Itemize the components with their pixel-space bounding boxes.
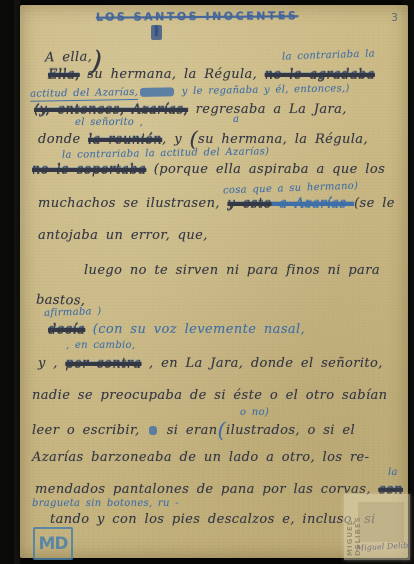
handwriting-segment: nadie se preocupaba de si éste o el otro…: [32, 388, 387, 403]
handwriting-segment: (se le: [354, 196, 395, 211]
handwriting-segment: y le regañaba y él, entonces,): [176, 83, 350, 97]
manuscript-line: no le soportaba (porque ella aspiraba a …: [32, 162, 385, 177]
handwriting-segment: decía: [48, 322, 85, 337]
manuscript-line: o no): [240, 407, 269, 418]
handwriting-segment: por contra: [65, 356, 141, 371]
handwriting-segment: bragueta sin botones, ru -: [32, 498, 179, 509]
handwriting-segment: a Azarías: [272, 196, 354, 211]
handwriting-segment: la contrariaba la actitud del Azarías): [62, 146, 269, 161]
archive-watermark: MIGUEL DELIBES Miguel Delibes: [344, 494, 410, 560]
handwriting-segment: , y: [162, 132, 189, 147]
ink-blot: [149, 426, 157, 435]
handwriting-segment: la reunión: [88, 132, 162, 147]
handwriting-segment: su hermana, la Régula,: [198, 132, 368, 147]
handwriting-segment: regresaba a La Jara,: [188, 102, 347, 117]
handwriting-segment: y ,: [38, 356, 65, 371]
handwriting-segment: muchachos se ilustrasen,: [38, 196, 227, 211]
manuscript-line: antojaba un error, que,: [38, 228, 208, 243]
handwriting-segment: la contrariaba la: [282, 48, 375, 62]
author-signature: Miguel Delibes: [356, 540, 410, 552]
handwriting-segment: su hermana, la Régula,: [80, 67, 265, 82]
handwriting-segment: , en cambio,: [66, 340, 135, 351]
handwriting-segment: no le agradaba: [265, 67, 375, 82]
manuscript-line: leer o escribir, si eran(ilustrados, o s…: [32, 418, 355, 442]
manuscript-line: Ella, su hermana, la Régula, no le agrad…: [48, 67, 375, 82]
manuscript-page: LOS SANTOS INOCENTES I 3 )A ella,la cont…: [20, 5, 408, 558]
manuscript-line: y , por contra , en La Jara, donde el se…: [38, 356, 383, 371]
handwriting-segment: antojaba un error, que,: [38, 228, 208, 243]
manuscript-line: bragueta sin botones, ru -: [32, 498, 179, 509]
handwriting-segment: la: [388, 467, 398, 478]
ink-blot: [140, 87, 174, 97]
manuscript-line: la contrariaba la actitud del Azarías): [62, 146, 269, 161]
manuscript-line: cosa que a su hermano): [223, 181, 359, 197]
manuscript-line: la contrariaba la: [282, 48, 375, 62]
handwriting-segment: (y, entonces, Azarías,: [34, 102, 188, 117]
handwriting-segment: cosa que a su hermano): [223, 181, 359, 197]
md-stamp-initials: MD: [38, 534, 67, 554]
handwriting-segment: A ella,: [45, 50, 92, 66]
handwriting-segment: a: [233, 114, 239, 125]
handwriting-segment: y esto: [227, 196, 271, 211]
manuscript-line: a: [233, 114, 239, 125]
manuscript-line: (y, entonces, Azarías, regresaba a La Ja…: [34, 102, 347, 117]
handwriting-segment: actitud del Azarías,: [30, 87, 138, 102]
manuscript-line: muchachos se ilustrasen, y esto a Azaría…: [38, 196, 395, 211]
handwriting-segment: o no): [240, 407, 269, 418]
handwriting-segment: ilustrados, o si el: [226, 423, 355, 438]
handwriting-segment: , en La Jara, donde el señorito,: [142, 356, 383, 371]
handwriting-segment: luego no te sirven ni para finos ni para: [84, 263, 380, 278]
manuscript-line: tando y con los pies descalzos e, inclus…: [50, 512, 376, 527]
handwriting-segment: si eran: [159, 423, 217, 438]
manuscript-line: A ella,: [45, 50, 92, 66]
manuscript-line: decía (con su voz levemente nasal,: [48, 322, 305, 337]
handwriting-segment: Azarías barzoneaba de un lado a otro, lo…: [32, 450, 369, 465]
watermark-block: [358, 502, 404, 542]
manuscript-line: luego no te sirven ni para finos ni para: [84, 263, 380, 278]
handwriting-segment: tando y con los pies descalzos e, inclus…: [50, 512, 376, 527]
handwriting-segment: Ella,: [48, 67, 80, 82]
handwriting-segment: mendados pantalones de pana por las corv…: [35, 482, 378, 497]
handwriting-segment: afirmaba ): [44, 306, 102, 319]
md-stamp: MD: [33, 527, 73, 560]
handwriting-segment: (: [218, 418, 227, 442]
handwriting-segment: no le soportaba: [32, 162, 146, 177]
manuscript-line: afirmaba ): [44, 306, 102, 319]
manuscript-line: , en cambio,: [66, 340, 135, 351]
handwriting-segment: (porque ella aspiraba a que los: [146, 162, 385, 177]
handwriting-segment: leer o escribir,: [32, 423, 147, 438]
manuscript-line: actitud del Azarías, y le regañaba y él,…: [30, 83, 350, 100]
manuscript-line: nadie se preocupaba de si éste o el otro…: [32, 388, 387, 403]
handwriting-segment: (con su voz levemente nasal,: [85, 322, 305, 337]
manuscript-line: la: [388, 467, 398, 478]
manuscript-body: )A ella,la contrariaba laElla, su herman…: [20, 5, 408, 558]
manuscript-line: Azarías barzoneaba de un lado a otro, lo…: [32, 450, 369, 465]
handwriting-segment: donde: [38, 132, 88, 147]
